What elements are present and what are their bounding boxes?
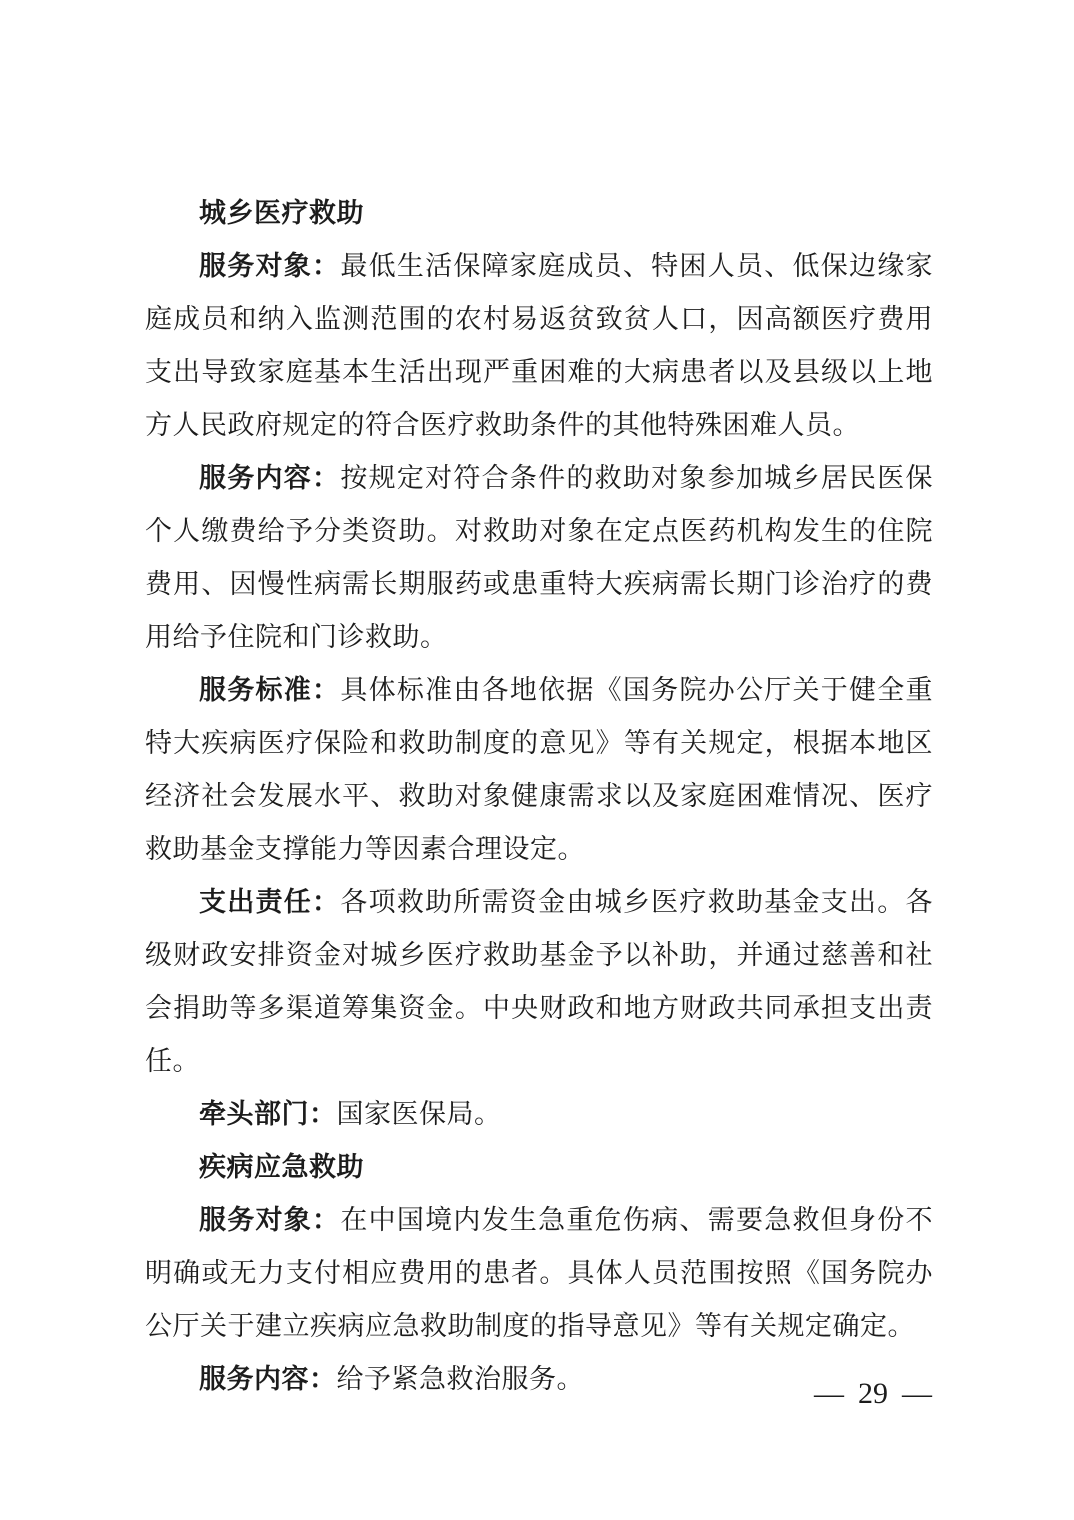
- page-number: 29: [858, 1377, 888, 1410]
- paragraph-service-target: 服务对象：最低生活保障家庭成员、特困人员、低保边缘家庭成员和纳入监测范围的农村易…: [145, 240, 933, 452]
- paragraph-lead-department: 牵头部门：国家医保局。: [145, 1088, 933, 1141]
- paragraph-service-target: 服务对象：在中国境内发生急重危伤病、需要急救但身份不明确或无力支付相应费用的患者…: [145, 1194, 933, 1353]
- paragraph-text: 国家医保局。: [337, 1099, 502, 1129]
- paragraph-label: 支出责任：: [199, 887, 340, 917]
- paragraph-label: 服务内容：: [199, 463, 340, 493]
- paragraph-label: 牵头部门：: [199, 1099, 337, 1129]
- section-heading-disease-emergency-assistance: 疾病应急救助: [145, 1141, 933, 1194]
- paragraph-label: 服务对象：: [199, 251, 340, 281]
- paragraph-service-standard: 服务标准：具体标准由各地依据《国务院办公厅关于健全重特大疾病医疗保险和救助制度的…: [145, 664, 933, 876]
- paragraph-service-content: 服务内容：按规定对符合条件的救助对象参加城乡居民医保个人缴费给予分类资助。对救助…: [145, 452, 933, 664]
- document-body: 城乡医疗救助 服务对象：最低生活保障家庭成员、特困人员、低保边缘家庭成员和纳入监…: [145, 187, 933, 1406]
- paragraph-label: 服务内容：: [199, 1364, 337, 1394]
- footer-dash-left: —: [814, 1377, 844, 1410]
- document-page: 城乡医疗救助 服务对象：最低生活保障家庭成员、特困人员、低保边缘家庭成员和纳入监…: [0, 0, 1074, 1520]
- paragraph-text: 给予紧急救治服务。: [337, 1364, 585, 1394]
- page-footer: —29—: [814, 1374, 932, 1414]
- paragraph-label: 服务标准：: [199, 675, 340, 705]
- section-heading-urban-rural-medical-assistance: 城乡医疗救助: [145, 187, 933, 240]
- footer-dash-right: —: [902, 1377, 932, 1410]
- paragraph-label: 服务对象：: [199, 1205, 340, 1235]
- paragraph-expenditure-responsibility: 支出责任：各项救助所需资金由城乡医疗救助基金支出。各级财政安排资金对城乡医疗救助…: [145, 876, 933, 1088]
